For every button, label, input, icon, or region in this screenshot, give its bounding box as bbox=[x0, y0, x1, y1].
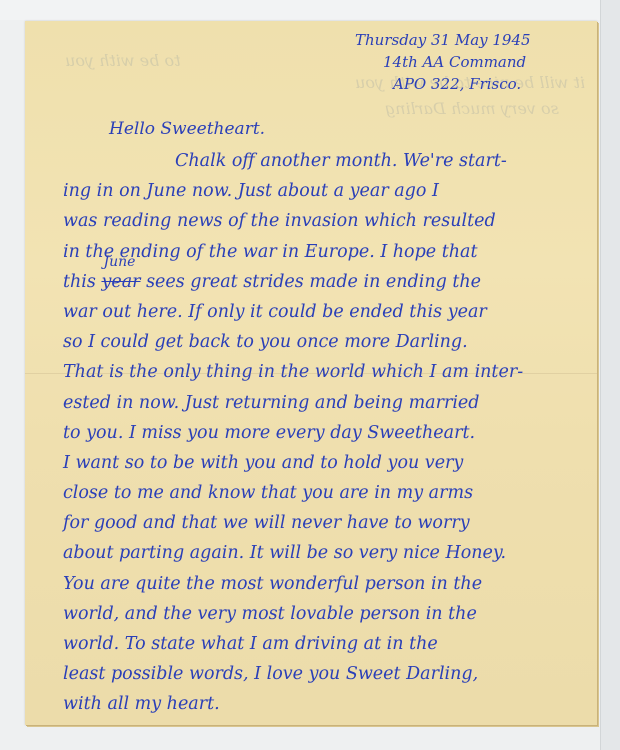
scan-background-strip bbox=[600, 0, 620, 750]
letter-header: Thursday 31 May 1945 14th AA Command APO… bbox=[355, 29, 531, 95]
letter-line: I want so to be with you and to hold you… bbox=[63, 448, 603, 478]
letter-closing: with all my heart. bbox=[63, 689, 603, 719]
letter-line: was reading news of the invasion which r… bbox=[63, 206, 603, 236]
letter-date: Thursday 31 May 1945 bbox=[355, 29, 531, 51]
letter-unit: 14th AA Command bbox=[383, 51, 559, 73]
letter-address: APO 322, Frisco. bbox=[393, 73, 569, 95]
bleed-through-text: to be with you bbox=[65, 51, 181, 70]
letter-line: You are quite the most wonderful person … bbox=[63, 569, 603, 599]
letter-line: so I could get back to you once more Dar… bbox=[63, 327, 603, 357]
letter-line: ing in on June now. Just about a year ag… bbox=[63, 176, 603, 206]
letter-line: for good and that we will never have to … bbox=[63, 508, 603, 538]
line-text: this bbox=[63, 272, 101, 292]
letter-line: That is the only thing in the world whic… bbox=[63, 357, 603, 387]
line-text: sees great strides made in ending the bbox=[141, 272, 482, 292]
letter-body: Chalk off another month. We're start- in… bbox=[63, 146, 603, 720]
inserted-word: June bbox=[103, 255, 135, 269]
scan-background-top bbox=[0, 0, 620, 20]
letter-salutation: Hello Sweetheart. bbox=[109, 119, 265, 139]
letter-line: world. To state what I am driving at in … bbox=[63, 629, 603, 659]
letter-page: it will be nice to be with you so very m… bbox=[25, 21, 597, 725]
letter-line: about parting again. It will be so very … bbox=[63, 538, 603, 568]
letter-line: Chalk off another month. We're start- bbox=[63, 146, 603, 176]
letter-line: least possible words, I love you Sweet D… bbox=[63, 659, 603, 689]
bleed-through-text: so very much Darling bbox=[385, 99, 559, 118]
struck-word: year bbox=[101, 272, 140, 292]
letter-line: war out here. If only it could be ended … bbox=[63, 297, 603, 327]
correction: Juneyear bbox=[101, 267, 140, 297]
letter-line: in the ending of the war in Europe. I ho… bbox=[63, 237, 603, 267]
letter-line: to you. I miss you more every day Sweeth… bbox=[63, 418, 603, 448]
letter-line-with-correction: this Juneyear sees great strides made in… bbox=[63, 267, 603, 297]
letter-line: ested in now. Just returning and being m… bbox=[63, 388, 603, 418]
letter-line: close to me and know that you are in my … bbox=[63, 478, 603, 508]
letter-line: world, and the very most lovable person … bbox=[63, 599, 603, 629]
